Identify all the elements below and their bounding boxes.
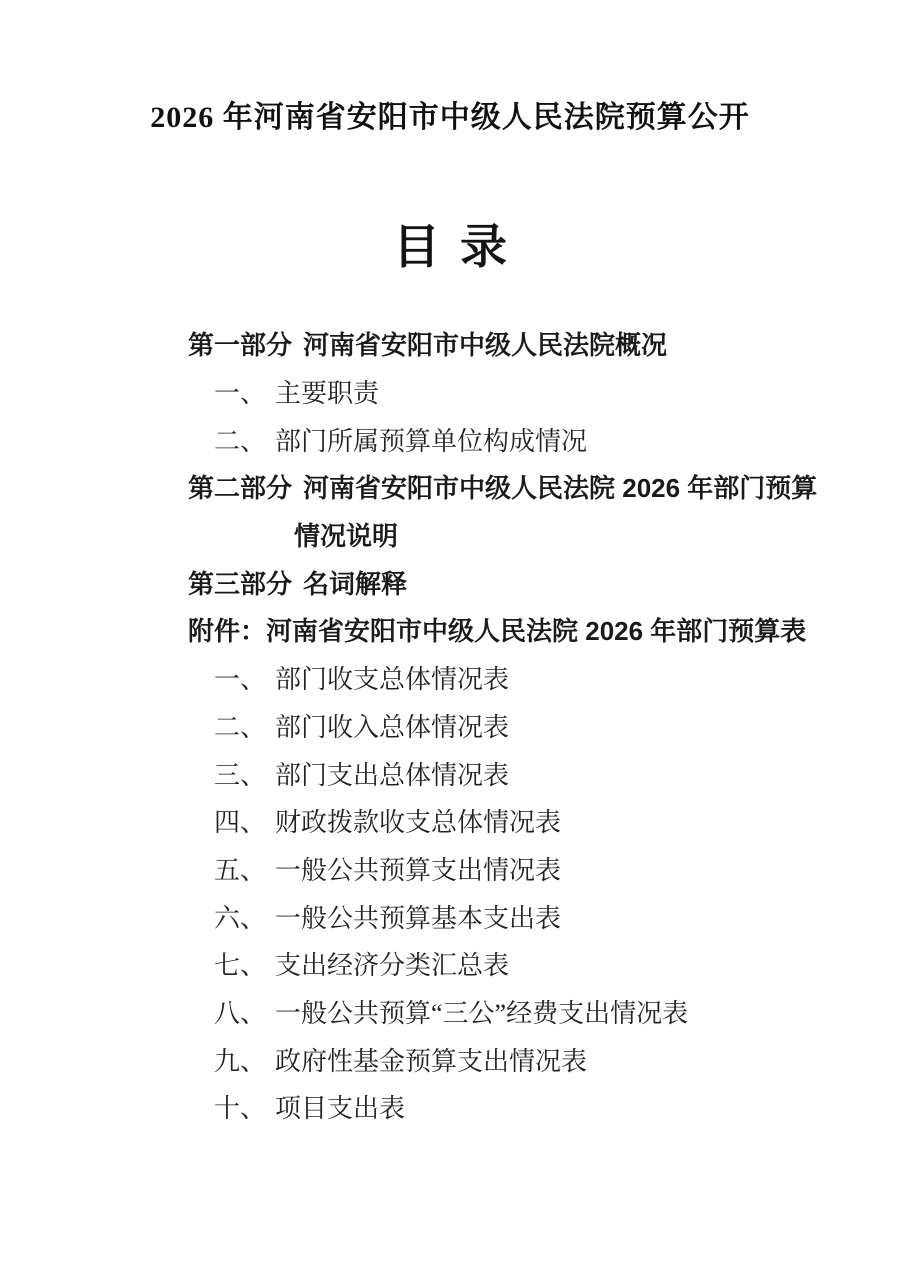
- toc-section-label: 第三部分: [188, 564, 292, 601]
- toc-item-text: 政府性基金预算支出情况表: [275, 1041, 587, 1078]
- document-title: 2026 年河南省安阳市中级人民法院预算公开: [0, 100, 900, 136]
- toc-item-number: 六、: [214, 898, 266, 935]
- toc-section-part2-continuation: 情况说明: [188, 511, 800, 559]
- toc-item-number: 一、: [214, 373, 266, 410]
- toc-item-table-5: 五、 一般公共预算支出情况表: [188, 845, 800, 893]
- toc-item-table-1: 一、 部门收支总体情况表: [188, 654, 800, 702]
- toc-item-table-4: 四、 财政拨款收支总体情况表: [188, 797, 800, 845]
- toc-section-text: 河南省安阳市中级人民法院概况: [303, 325, 667, 362]
- toc-item-table-3: 三、 部门支出总体情况表: [188, 749, 800, 797]
- toc-item-budget-units: 二、 部门所属预算单位构成情况: [188, 415, 800, 463]
- toc-item-text: 项目支出表: [275, 1088, 405, 1125]
- toc-item-number: 七、: [214, 945, 266, 982]
- toc-item-number: 四、: [214, 802, 266, 839]
- toc-section-part1: 第一部分 河南省安阳市中级人民法院概况: [188, 320, 800, 368]
- toc-item-number: 二、: [214, 421, 266, 458]
- toc-item-table-2: 二、 部门收入总体情况表: [188, 702, 800, 750]
- toc-heading: 目录: [0, 222, 900, 272]
- toc-item-text: 部门支出总体情况表: [275, 755, 509, 792]
- toc-item-number: 八、: [214, 993, 266, 1030]
- toc-item-number: 二、: [214, 707, 266, 744]
- toc-item-table-7: 七、 支出经济分类汇总表: [188, 940, 800, 988]
- toc-item-number: 三、: [214, 755, 266, 792]
- toc-section-attachment: 附件： 河南省安阳市中级人民法院 2026 年部门预算表: [188, 606, 800, 654]
- toc-item-text: 支出经济分类汇总表: [275, 945, 509, 982]
- toc-item-duties: 一、 主要职责: [188, 368, 800, 416]
- toc-item-table-6: 六、 一般公共预算基本支出表: [188, 892, 800, 940]
- toc-section-part3: 第三部分 名词解释: [188, 558, 800, 606]
- toc-section-text: 河南省安阳市中级人民法院 2026 年部门预算: [303, 468, 817, 505]
- toc-section-part2: 第二部分 河南省安阳市中级人民法院 2026 年部门预算: [188, 463, 800, 511]
- document-page: 2026 年河南省安阳市中级人民法院预算公开 目录 第一部分 河南省安阳市中级人…: [0, 0, 900, 1271]
- toc-section-label: 第二部分: [188, 468, 292, 505]
- toc-item-number: 一、: [214, 659, 266, 696]
- toc-item-number: 五、: [214, 850, 266, 887]
- toc-section-label: 第一部分: [188, 325, 292, 362]
- toc-item-number: 十、: [214, 1088, 266, 1125]
- toc-section-text: 名词解释: [303, 564, 407, 601]
- toc-section-text-wrap: 情况说明: [294, 516, 398, 553]
- toc-item-number: 九、: [214, 1041, 266, 1078]
- table-of-contents: 第一部分 河南省安阳市中级人民法院概况 一、 主要职责 二、 部门所属预算单位构…: [0, 320, 900, 1131]
- toc-item-text: 部门收入总体情况表: [275, 707, 509, 744]
- toc-item-table-10: 十、 项目支出表: [188, 1083, 800, 1131]
- toc-item-text: 财政拨款收支总体情况表: [275, 802, 561, 839]
- toc-attachment-text: 河南省安阳市中级人民法院 2026 年部门预算表: [266, 611, 806, 648]
- toc-item-text: 一般公共预算“三公”经费支出情况表: [275, 993, 688, 1030]
- toc-attachment-label: 附件：: [188, 611, 266, 648]
- toc-item-table-8: 八、 一般公共预算“三公”经费支出情况表: [188, 988, 800, 1036]
- toc-item-text: 主要职责: [275, 373, 379, 410]
- toc-item-text: 一般公共预算支出情况表: [275, 850, 561, 887]
- toc-item-text: 一般公共预算基本支出表: [275, 898, 561, 935]
- toc-item-text: 部门所属预算单位构成情况: [275, 421, 587, 458]
- toc-item-text: 部门收支总体情况表: [275, 659, 509, 696]
- toc-item-table-9: 九、 政府性基金预算支出情况表: [188, 1035, 800, 1083]
